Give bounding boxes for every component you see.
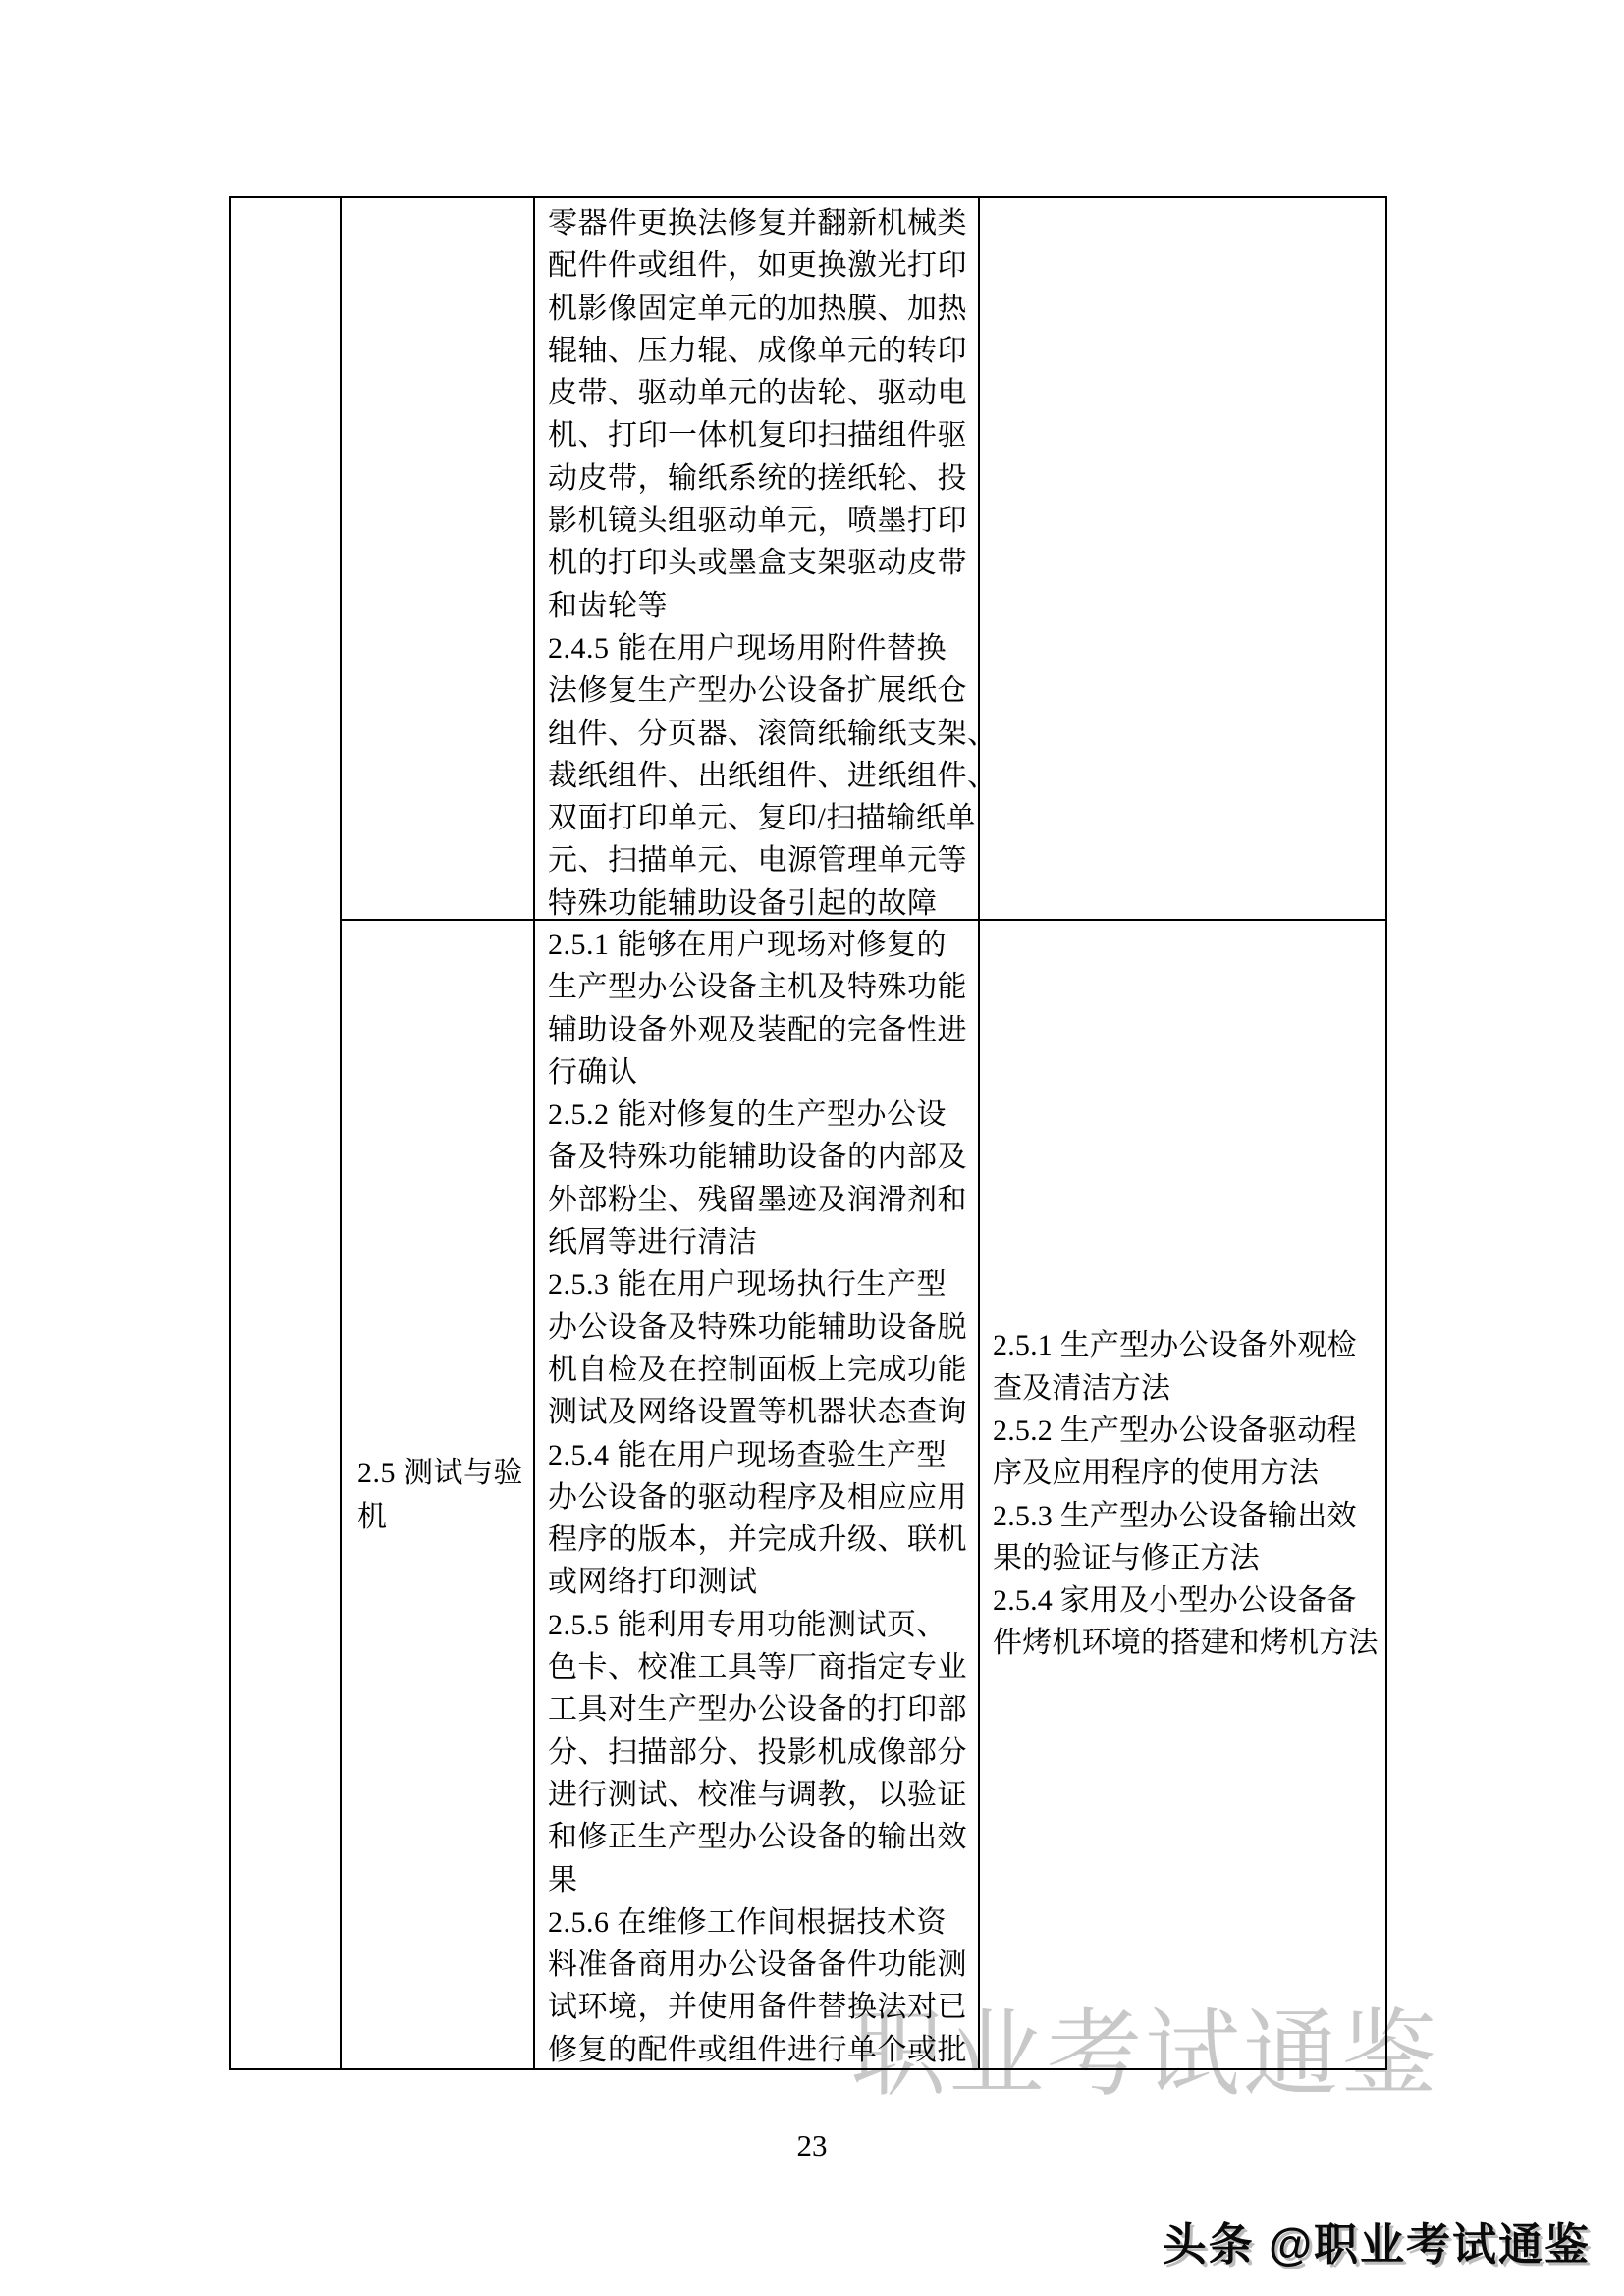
work-content-cell-testing: 2.5 测试与验 机 bbox=[342, 921, 535, 2068]
toutiao-credit-text: 头条 @职业考试通鉴 bbox=[1163, 2209, 1591, 2272]
skill-requirements-cell-row1: 零器件更换法修复并翻新机械类 配件件或组件，如更换激光打印 机影像固定单元的加热… bbox=[535, 198, 980, 921]
knowledge-requirements-cell-row1-empty bbox=[980, 198, 1385, 921]
job-function-cell-empty bbox=[231, 198, 342, 2068]
page-number: 23 bbox=[0, 2128, 1624, 2163]
occupational-standard-table: 零器件更换法修复并翻新机械类 配件件或组件，如更换激光打印 机影像固定单元的加热… bbox=[229, 196, 1387, 2070]
skill-requirements-cell-row2: 2.5.1 能够在用户现场对修复的 生产型办公设备主机及特殊功能 辅助设备外观及… bbox=[535, 921, 980, 2068]
work-content-cell-row1-empty bbox=[342, 198, 535, 921]
document-page: 职业考试通鉴 零器件更换法修复并翻新机械类 配件件或组件，如更换激光打印 机影像… bbox=[0, 0, 1624, 2296]
knowledge-requirements-cell-row2: 2.5.1 生产型办公设备外观检 查及清洁方法 2.5.2 生产型办公设备驱动程… bbox=[980, 921, 1385, 2068]
